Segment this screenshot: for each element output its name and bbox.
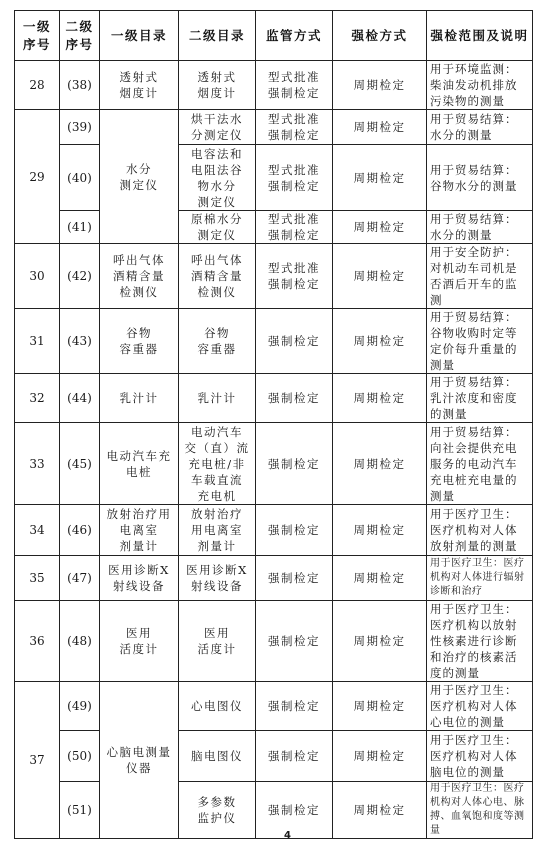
level1-no: 37 <box>15 682 60 839</box>
header-level2-no: 二级 序号 <box>60 11 100 61</box>
supervision: 强制检定 <box>256 374 333 423</box>
page-number: 4 <box>284 830 291 841</box>
level2-catalog: 电动汽车 交（直）流 充电桩/非 车载直流 充电机 <box>179 423 256 505</box>
level1-no: 32 <box>15 374 60 423</box>
inspection: 周期检定 <box>333 601 427 682</box>
level2-catalog: 呼出气体 酒精含量 检测仪 <box>179 244 256 309</box>
scope: 用于医疗卫生：医疗机构对人体放射剂量的测量 <box>427 505 533 556</box>
level1-no: 36 <box>15 601 60 682</box>
header-supervision: 监管方式 <box>256 11 333 61</box>
table-row: 28 (38) 透射式 烟度计 透射式 烟度计 型式批准 强制检定 周期检定 用… <box>15 61 533 110</box>
level1-catalog: 医用诊断X 射线设备 <box>100 556 179 601</box>
level2-catalog: 电容法和 电阻法谷 物水分 测定仪 <box>179 145 256 211</box>
table-row: (40) 电容法和 电阻法谷 物水分 测定仪 型式批准 强制检定 周期检定 用于… <box>15 145 533 211</box>
inspection: 周期检定 <box>333 309 427 374</box>
level1-no: 30 <box>15 244 60 309</box>
level2-no: (42) <box>60 244 100 309</box>
scope: 用于贸易结算：水分的测量 <box>427 110 533 145</box>
inspection: 周期检定 <box>333 374 427 423</box>
header-level1-catalog: 一级目录 <box>100 11 179 61</box>
table-row: 29 (39) 水分 测定仪 烘干法水 分测定仪 型式批准 强制检定 周期检定 … <box>15 110 533 145</box>
supervision: 型式批准 强制检定 <box>256 61 333 110</box>
level2-no: (47) <box>60 556 100 601</box>
level2-no: (39) <box>60 110 100 145</box>
level2-catalog: 多参数 监护仪 <box>179 782 256 839</box>
inspection: 周期检定 <box>333 244 427 309</box>
header-level1-no: 一级 序号 <box>15 11 60 61</box>
scope: 用于贸易结算： 谷物收购时定等定价每升重量的测量 <box>427 309 533 374</box>
scope: 用于贸易结算： 向社会提供充电服务的电动汽车充电桩充电量的测量 <box>427 423 533 505</box>
level2-catalog: 烘干法水 分测定仪 <box>179 110 256 145</box>
level1-no: 28 <box>15 61 60 110</box>
level1-catalog: 乳汁计 <box>100 374 179 423</box>
table-row: 36 (48) 医用 活度计 医用 活度计 强制检定 周期检定 用于医疗卫生：医… <box>15 601 533 682</box>
supervision: 型式批准 强制检定 <box>256 211 333 244</box>
supervision: 强制检定 <box>256 682 333 731</box>
level1-catalog: 心脑电测量 仪器 <box>100 682 179 839</box>
level2-no: (38) <box>60 61 100 110</box>
header-inspection: 强检方式 <box>333 11 427 61</box>
level2-no: (43) <box>60 309 100 374</box>
table-row: (51) 多参数 监护仪 强制检定 周期检定 用于医疗卫生：医疗机构对人体心电、… <box>15 782 533 839</box>
supervision: 强制检定 <box>256 601 333 682</box>
table-row: 30 (42) 呼出气体 酒精含量 检测仪 呼出气体 酒精含量 检测仪 型式批准… <box>15 244 533 309</box>
scope: 用于医疗卫生：医疗机构对人体心电位的测量 <box>427 682 533 731</box>
level1-no: 35 <box>15 556 60 601</box>
level2-no: (48) <box>60 601 100 682</box>
metrology-catalog-table: 一级 序号 二级 序号 一级目录 二级目录 监管方式 强检方式 强检范围及说明 … <box>14 10 533 839</box>
level2-no: (41) <box>60 211 100 244</box>
level1-catalog: 医用 活度计 <box>100 601 179 682</box>
table-row: 31 (43) 谷物 容重器 谷物 容重器 强制检定 周期检定 用于贸易结算： … <box>15 309 533 374</box>
supervision: 强制检定 <box>256 782 333 839</box>
supervision: 强制检定 <box>256 505 333 556</box>
header-row: 一级 序号 二级 序号 一级目录 二级目录 监管方式 强检方式 强检范围及说明 <box>15 11 533 61</box>
level2-no: (51) <box>60 782 100 839</box>
inspection: 周期检定 <box>333 731 427 782</box>
level1-catalog: 透射式 烟度计 <box>100 61 179 110</box>
level1-catalog: 电动汽车充 电桩 <box>100 423 179 505</box>
level2-no: (46) <box>60 505 100 556</box>
level2-no: (40) <box>60 145 100 211</box>
level2-catalog: 脑电图仪 <box>179 731 256 782</box>
level1-no: 33 <box>15 423 60 505</box>
scope: 用于贸易结算：谷物水分的测量 <box>427 145 533 211</box>
supervision: 强制检定 <box>256 731 333 782</box>
scope: 用于环境监测：柴油发动机排放污染物的测量 <box>427 61 533 110</box>
level1-no: 31 <box>15 309 60 374</box>
level1-no: 34 <box>15 505 60 556</box>
inspection: 周期检定 <box>333 211 427 244</box>
level2-catalog: 医用 活度计 <box>179 601 256 682</box>
inspection: 周期检定 <box>333 61 427 110</box>
table-row: 33 (45) 电动汽车充 电桩 电动汽车 交（直）流 充电桩/非 车载直流 充… <box>15 423 533 505</box>
level1-catalog: 水分 测定仪 <box>100 110 179 244</box>
scope: 用于医疗卫生：医疗机构对人体进行辐射诊断和治疗 <box>427 556 533 601</box>
table-row: 34 (46) 放射治疗用 电离室 剂量计 放射治疗 用电离室 剂量计 强制检定… <box>15 505 533 556</box>
level1-catalog: 呼出气体 酒精含量 检测仪 <box>100 244 179 309</box>
supervision: 型式批准 强制检定 <box>256 244 333 309</box>
supervision: 强制检定 <box>256 309 333 374</box>
header-level2-catalog: 二级目录 <box>179 11 256 61</box>
level2-catalog: 医用诊断X 射线设备 <box>179 556 256 601</box>
table-row: 32 (44) 乳汁计 乳汁计 强制检定 周期检定 用于贸易结算：乳汁浓度和密度… <box>15 374 533 423</box>
inspection: 周期检定 <box>333 423 427 505</box>
level1-catalog: 谷物 容重器 <box>100 309 179 374</box>
supervision: 强制检定 <box>256 423 333 505</box>
level2-no: (50) <box>60 731 100 782</box>
scope: 用于贸易结算：水分的测量 <box>427 211 533 244</box>
level2-no: (49) <box>60 682 100 731</box>
table-row: (41) 原棉水分 测定仪 型式批准 强制检定 周期检定 用于贸易结算：水分的测… <box>15 211 533 244</box>
level2-catalog: 乳汁计 <box>179 374 256 423</box>
inspection: 周期检定 <box>333 782 427 839</box>
inspection: 周期检定 <box>333 505 427 556</box>
table-row: 37 (49) 心脑电测量 仪器 心电图仪 强制检定 周期检定 用于医疗卫生：医… <box>15 682 533 731</box>
table-row: 35 (47) 医用诊断X 射线设备 医用诊断X 射线设备 强制检定 周期检定 … <box>15 556 533 601</box>
header-scope: 强检范围及说明 <box>427 11 533 61</box>
inspection: 周期检定 <box>333 556 427 601</box>
supervision: 型式批准 强制检定 <box>256 145 333 211</box>
level1-no: 29 <box>15 110 60 244</box>
inspection: 周期检定 <box>333 682 427 731</box>
level2-no: (45) <box>60 423 100 505</box>
level2-catalog: 原棉水分 测定仪 <box>179 211 256 244</box>
scope: 用于医疗卫生：医疗机构对人体脑电位的测量 <box>427 731 533 782</box>
scope: 用于医疗卫生：医疗机构对人体心电、脉搏、血氧饱和度等测量 <box>427 782 533 839</box>
supervision: 型式批准 强制检定 <box>256 110 333 145</box>
level2-no: (44) <box>60 374 100 423</box>
supervision: 强制检定 <box>256 556 333 601</box>
level2-catalog: 放射治疗 用电离室 剂量计 <box>179 505 256 556</box>
level2-catalog: 谷物 容重器 <box>179 309 256 374</box>
level2-catalog: 透射式 烟度计 <box>179 61 256 110</box>
inspection: 周期检定 <box>333 145 427 211</box>
level1-catalog: 放射治疗用 电离室 剂量计 <box>100 505 179 556</box>
table-row: (50) 脑电图仪 强制检定 周期检定 用于医疗卫生：医疗机构对人体脑电位的测量 <box>15 731 533 782</box>
level2-catalog: 心电图仪 <box>179 682 256 731</box>
scope: 用于贸易结算：乳汁浓度和密度的测量 <box>427 374 533 423</box>
scope: 用于安全防护：对机动车司机是否酒后开车的监测 <box>427 244 533 309</box>
inspection: 周期检定 <box>333 110 427 145</box>
scope: 用于医疗卫生：医疗机构以放射性核素进行诊断和治疗的核素活度的测量 <box>427 601 533 682</box>
